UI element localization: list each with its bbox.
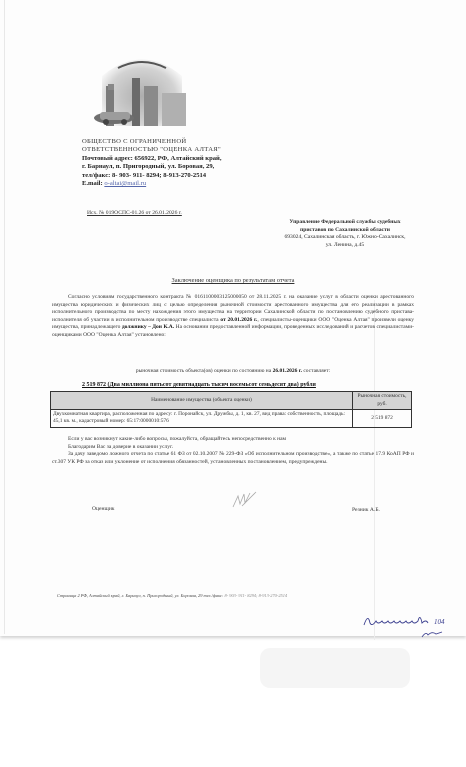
closing-line1: Если у вас возникнут какие-либо вопросы,… bbox=[68, 436, 286, 442]
signature-scribble-icon bbox=[230, 490, 260, 510]
scan-bleed-through bbox=[260, 648, 410, 688]
table-header-row: Наименование имущества (объекта оценки) … bbox=[51, 392, 412, 410]
valuation-prefix: рыночная стоимость объекта(ов) оценки по… bbox=[136, 368, 273, 374]
header-property-name: Наименование имущества (объекта оценки) bbox=[51, 392, 353, 410]
closing-line2: Благодарим Вас за доверие в оказании усл… bbox=[68, 444, 173, 450]
recipient-line3: 693024, Сахалинская область, г. Южно-Сах… bbox=[245, 234, 445, 242]
valuation-statement: рыночная стоимость объекта(ов) оценки по… bbox=[0, 368, 466, 374]
liability-warning: За дачу заведомо ложного отчета по стать… bbox=[52, 451, 414, 465]
handwritten-note-icon: 104 bbox=[362, 611, 458, 641]
property-description: Двухкомнатная квартира, расположенная по… bbox=[51, 410, 353, 428]
valuation-date: 26.01.2026 г. bbox=[273, 368, 302, 374]
recipient-line1: Управление Федеральной службы судебных bbox=[245, 219, 445, 227]
page-footer: Страница 2 РФ, Алтайский край, г. Барнау… bbox=[57, 593, 287, 598]
document-page: ОБЩЕСТВО С ОГРАНИЧЕННОЙ ОТВЕТСТВЕННОСТЬЮ… bbox=[0, 0, 466, 636]
document-title: Заключение оценщика по результатам отчет… bbox=[0, 277, 466, 284]
order-date: от 20.01.2026 г. bbox=[220, 317, 257, 323]
recipient-line4: ул. Ленина, д.45 bbox=[245, 242, 445, 250]
company-logo-image bbox=[82, 38, 202, 130]
appraiser-name: Резник А.Б. bbox=[352, 507, 380, 513]
email-link[interactable]: o-altai@mail.ru bbox=[104, 180, 146, 187]
postal-address-line1: Почтовый адрес: 656922, РФ, Алтайский кр… bbox=[82, 155, 282, 163]
email-label: E.mail: bbox=[82, 180, 103, 187]
property-value: 2 519 872 bbox=[353, 410, 412, 428]
header-market-value: Рыночная стоимость, руб. bbox=[353, 392, 412, 410]
debtor-name: должнику – Дон К.А. bbox=[122, 324, 174, 330]
company-name-line1: ОБЩЕСТВО С ОГРАНИЧЕННОЙ bbox=[82, 138, 282, 146]
table-row: Двухкомнатная квартира, расположенная по… bbox=[51, 410, 412, 428]
appraiser-label: Оценщик bbox=[92, 506, 115, 512]
company-letterhead: ОБЩЕСТВО С ОГРАНИЧЕННОЙ ОТВЕТСТВЕННОСТЬЮ… bbox=[82, 138, 282, 188]
valuation-amount-words: 2 519 872 (Два миллиона пятьсот девятнад… bbox=[82, 382, 316, 388]
footer-text: Страница 2 РФ, Алтайский край, г. Барнау… bbox=[57, 593, 223, 598]
company-name-line2: ОТВЕТСТВЕННОСТЬЮ "ОЦЕНКА АЛТАЯ" bbox=[82, 146, 282, 154]
svg-text:104: 104 bbox=[434, 618, 445, 626]
recipient-block: Управление Федеральной службы судебных п… bbox=[245, 219, 445, 249]
fold-line bbox=[374, 300, 375, 640]
valuation-table: Наименование имущества (объекта оценки) … bbox=[50, 391, 412, 428]
body-paragraph: Согласно условиям государственного контр… bbox=[52, 294, 414, 340]
page-edge bbox=[4, 0, 5, 634]
footer-phones: 8- 903- 911- 8294; 8-913-270-2514 bbox=[223, 593, 287, 598]
outgoing-reference: Исх. № 019ОСПС-01.26 от 26.01.2026 г. bbox=[87, 210, 182, 216]
postal-address-line2: г. Барнаул, п. Пригородный, ул. Боровая,… bbox=[82, 163, 282, 171]
phone-numbers: тел/факс: 8- 903- 911- 8294; 8-913-270-2… bbox=[82, 172, 282, 180]
closing-block: Если у вас возникнут какие-либо вопросы,… bbox=[52, 436, 414, 466]
valuation-suffix: составляет: bbox=[302, 368, 330, 374]
